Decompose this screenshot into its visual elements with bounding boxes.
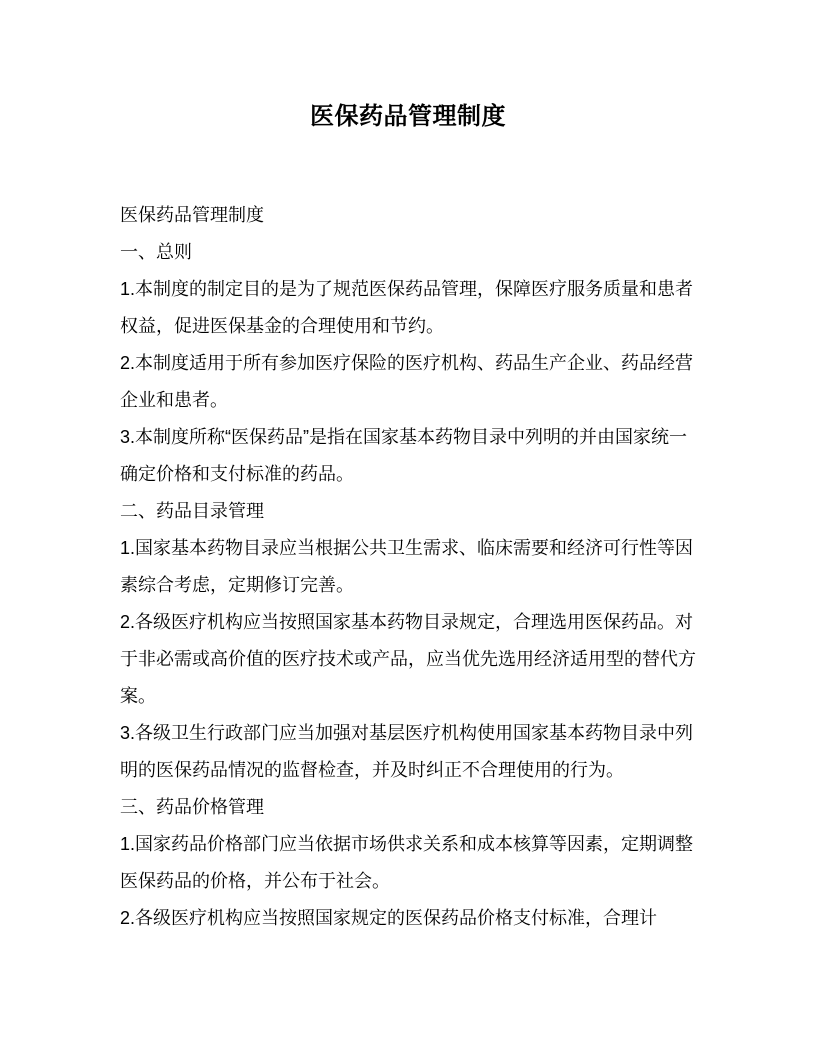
paragraph: 三、药品价格管理	[120, 789, 696, 826]
paragraph: 一、总则	[120, 234, 696, 271]
document-body: 医保药品管理制度一、总则1.本制度的制定目的是为了规范医保药品管理，保障医疗服务…	[120, 197, 696, 937]
paragraph: 3.各级卫生行政部门应当加强对基层医疗机构使用国家基本药物目录中列明的医保药品情…	[120, 715, 696, 789]
document-page: 医保药品管理制度 医保药品管理制度一、总则1.本制度的制定目的是为了规范医保药品…	[0, 0, 816, 1056]
paragraph: 3.本制度所称“医保药品”是指在国家基本药物目录中列明的并由国家统一确定价格和支…	[120, 419, 696, 493]
paragraph: 2.各级医疗机构应当按照国家基本药物目录规定，合理选用医保药品。对于非必需或高价…	[120, 604, 696, 715]
paragraph: 二、药品目录管理	[120, 493, 696, 530]
paragraph: 2.各级医疗机构应当按照国家规定的医保药品价格支付标准，合理计	[120, 900, 696, 937]
paragraph: 2.本制度适用于所有参加医疗保险的医疗机构、药品生产企业、药品经营企业和患者。	[120, 345, 696, 419]
paragraph: 医保药品管理制度	[120, 197, 696, 234]
paragraph: 1.国家药品价格部门应当依据市场供求关系和成本核算等因素，定期调整医保药品的价格…	[120, 826, 696, 900]
paragraph: 1.国家基本药物目录应当根据公共卫生需求、临床需要和经济可行性等因素综合考虑，定…	[120, 530, 696, 604]
document-title: 医保药品管理制度	[120, 101, 696, 132]
paragraph: 1.本制度的制定目的是为了规范医保药品管理，保障医疗服务质量和患者权益，促进医保…	[120, 271, 696, 345]
